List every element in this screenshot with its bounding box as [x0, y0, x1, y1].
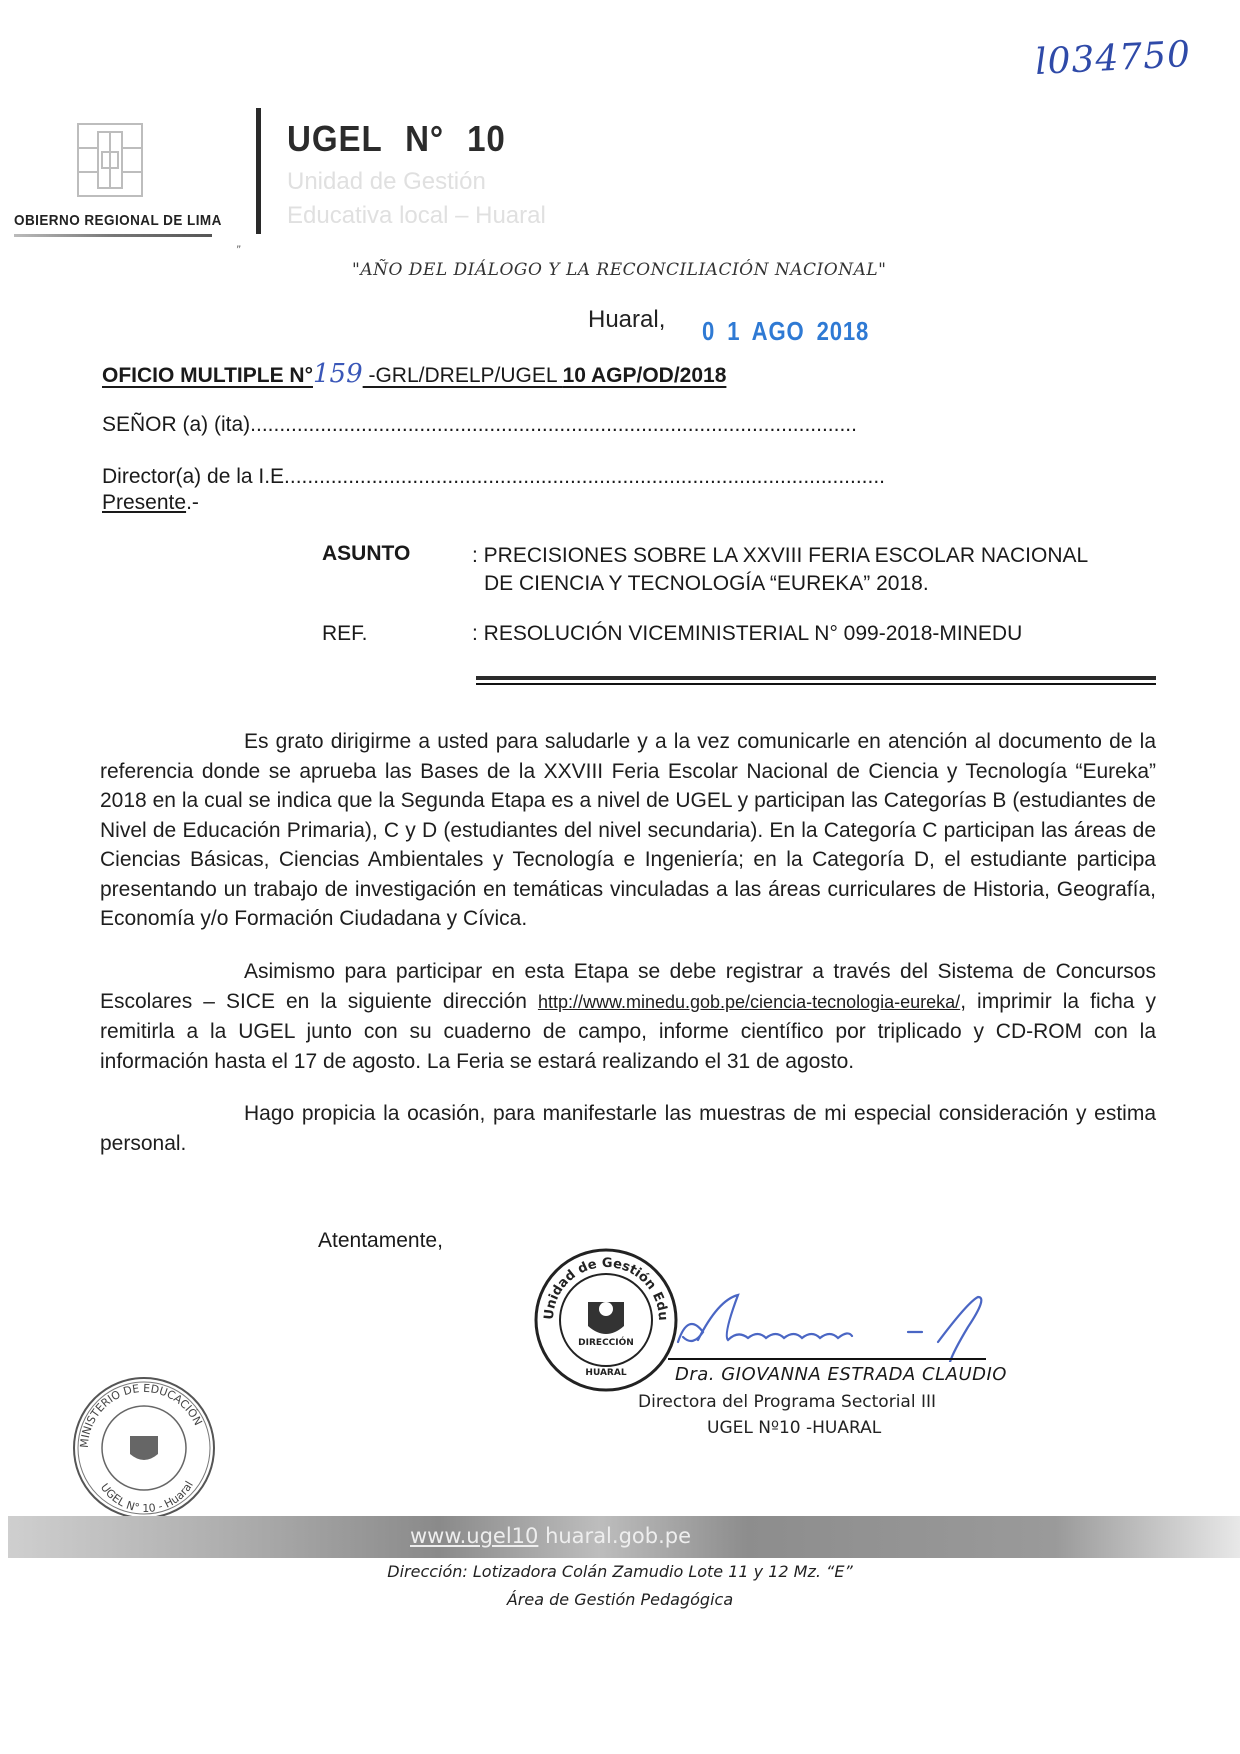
- svg-text:DIRECCIÓN: DIRECCIÓN: [578, 1336, 634, 1348]
- subject-text-line-2: DE CIENCIA Y TECNOLOGÍA “EUREKA” 2018.: [472, 570, 1162, 598]
- presente-suffix: .-: [186, 491, 199, 514]
- signer-organization: UGEL Nº10 -HUARAL: [707, 1418, 881, 1438]
- signer-name: Dra. GIOVANNA ESTRADA CLAUDIO: [675, 1364, 1007, 1385]
- footer-address: Dirección: Lotizadora Colán Zamudio Lote…: [0, 1562, 1240, 1581]
- separator-line-thin: [476, 683, 1156, 685]
- reference-prefix: OFICIO MULTIPLE N°: [102, 364, 313, 387]
- presente-word: Presente: [102, 491, 186, 514]
- body-paragraph-3: Hago propicia la ocasión, para manifesta…: [100, 1099, 1156, 1158]
- subject-text: : PRECISIONES SOBRE LA XXVIII FERIA ESCO…: [472, 542, 1162, 598]
- ugel-title: UGEL N° 10: [287, 118, 506, 160]
- reference-middle: -GRL/DRELP/UGEL: [363, 364, 563, 387]
- handwritten-registration-number: l034750: [1034, 34, 1192, 83]
- handwritten-number: 159: [313, 359, 363, 389]
- footer-website[interactable]: www.ugel10 huaral.gob.pe: [410, 1524, 691, 1548]
- presente-line: Presente.-: [102, 491, 199, 515]
- handwritten-signature-icon: [668, 1282, 988, 1362]
- header-divider: [256, 108, 261, 234]
- document-reference: OFICIO MULTIPLE N°159 -GRL/DRELP/UGEL 10…: [102, 359, 726, 389]
- separator-line-thick: [476, 676, 1156, 680]
- body-paragraph-3-text: Hago propicia la ocasión, para manifesta…: [100, 1102, 1156, 1155]
- reference-suffix: 10 AGP/OD/2018: [563, 364, 727, 387]
- addressee-name-line: SEÑOR (a) (ita).........................…: [102, 413, 857, 437]
- official-seal-icon: Unidad de Gestión Educativa Local DIRECC…: [533, 1247, 679, 1393]
- signer-role: Directora del Programa Sectorial III: [638, 1392, 936, 1412]
- body-paragraph-1-text: Es grato dirigirme a usted para saludarl…: [100, 730, 1156, 930]
- footer-website-part-1: www.ugel10: [410, 1524, 538, 1548]
- body-paragraph-2: Asimismo para participar en esta Etapa s…: [100, 957, 1156, 1076]
- regional-government-logo-icon: [68, 118, 152, 202]
- ministry-seal-icon: MINISTERIO DE EDUCACIÓN UGEL N° 10 - Hua…: [70, 1374, 218, 1522]
- regional-government-name: OBIERNO REGIONAL DE LIMA: [14, 212, 222, 229]
- year-motto: "AÑO DEL DIÁLOGO Y LA RECONCILIACIÓN NAC…: [352, 260, 886, 280]
- ref-label: REF.: [322, 622, 368, 646]
- body-paragraph-1: Es grato dirigirme a usted para saludarl…: [100, 727, 1156, 934]
- subject-label: ASUNTO: [322, 542, 410, 566]
- ugel-subtitle-line-1: Unidad de Gestión: [287, 168, 486, 196]
- stray-mark: ”: [236, 243, 240, 257]
- ref-text: : RESOLUCIÓN VICEMINISTERIAL N° 099-2018…: [472, 622, 1022, 646]
- date-stamp: 0 1 AGO 2018: [702, 316, 869, 347]
- svg-text:HUARAL: HUARAL: [585, 1368, 626, 1378]
- footer-website-part-2: huaral.gob.pe: [538, 1524, 691, 1548]
- addressee-school-line: Director(a) de la I.E...................…: [102, 465, 885, 489]
- footer-area: Área de Gestión Pedagógica: [0, 1590, 1240, 1609]
- ugel-subtitle-line-2: Educativa local – Huaral: [287, 202, 546, 230]
- closing-salutation: Atentamente,: [318, 1229, 443, 1253]
- subject-text-line-1: : PRECISIONES SOBRE LA XXVIII FERIA ESCO…: [472, 542, 1162, 570]
- gov-name-underline: [14, 234, 212, 237]
- place-name: Huaral,: [588, 306, 665, 334]
- eureka-link[interactable]: http://www.minedu.gob.pe/ciencia-tecnolo…: [538, 992, 960, 1012]
- signature-line: [668, 1358, 986, 1360]
